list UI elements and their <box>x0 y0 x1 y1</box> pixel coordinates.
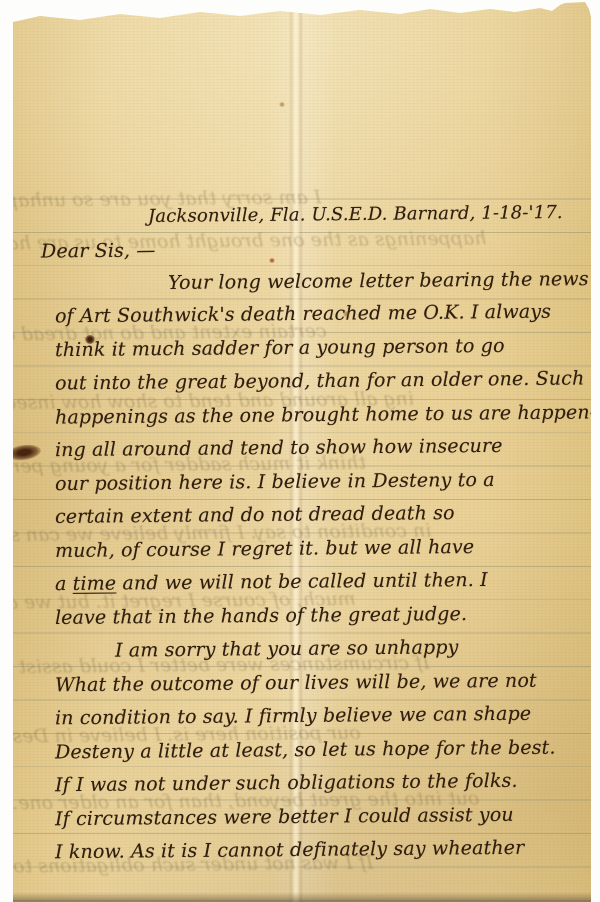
underlined-word: time <box>73 572 117 594</box>
dateline: Jacksonville, Fla. U.S.E.D. Barnard, 1-1… <box>148 202 563 227</box>
letter-line: out into the great beyond, than for an o… <box>55 367 585 394</box>
letter-line: in condition to say. I firmly believe we… <box>55 703 531 730</box>
stain-speck <box>279 102 285 107</box>
letter-line: think it much sadder for a young person … <box>55 335 505 361</box>
letter-line: Your long welcome letter bearing the new… <box>168 268 589 294</box>
stain-speck <box>269 258 275 263</box>
paper-sheet: I am sorry that you are so unhappy happe… <box>13 2 591 902</box>
letter-line: leave that in the hands of the great jud… <box>55 603 467 629</box>
letter-line: If I was not under such obligations to t… <box>55 770 518 796</box>
letter-line: our position here is. I believe in Deste… <box>55 469 495 495</box>
letter-scan: I am sorry that you are so unhappy happe… <box>0 0 600 902</box>
letter-line-segment: a <box>55 573 73 595</box>
letter-line: a time and we will not be called until t… <box>55 569 488 595</box>
stain-speck <box>343 311 350 317</box>
letter-line: happenings as the one brought home to us… <box>55 401 591 428</box>
letter-line: ing all around and tend to show how inse… <box>55 435 503 461</box>
letter-line: much, of course I regret it. but we all … <box>55 536 474 562</box>
letter-line: What the outcome of our lives will be, w… <box>55 670 537 697</box>
letter-text: Jacksonville, Fla. U.S.E.D. Barnard, 1-1… <box>13 2 591 902</box>
bottom-edge-shadow <box>13 892 591 902</box>
letter-line: Desteny a little at least, so let us hop… <box>55 737 556 764</box>
letter-line: certain extent and do not dread death so <box>55 502 455 528</box>
letter-line: I know. As it is I cannot definately say… <box>55 837 525 864</box>
letter-line: I am sorry that you are so unhappy <box>115 636 459 661</box>
letter-line: If circumstances were better I could ass… <box>55 804 514 830</box>
letter-line-segment: and we will not be called until then. I <box>116 569 488 595</box>
ink-blot <box>85 335 95 344</box>
salutation: Dear Sis, — <box>41 239 156 262</box>
letter-line: of Art Southwick's death reached me O.K.… <box>55 301 551 328</box>
